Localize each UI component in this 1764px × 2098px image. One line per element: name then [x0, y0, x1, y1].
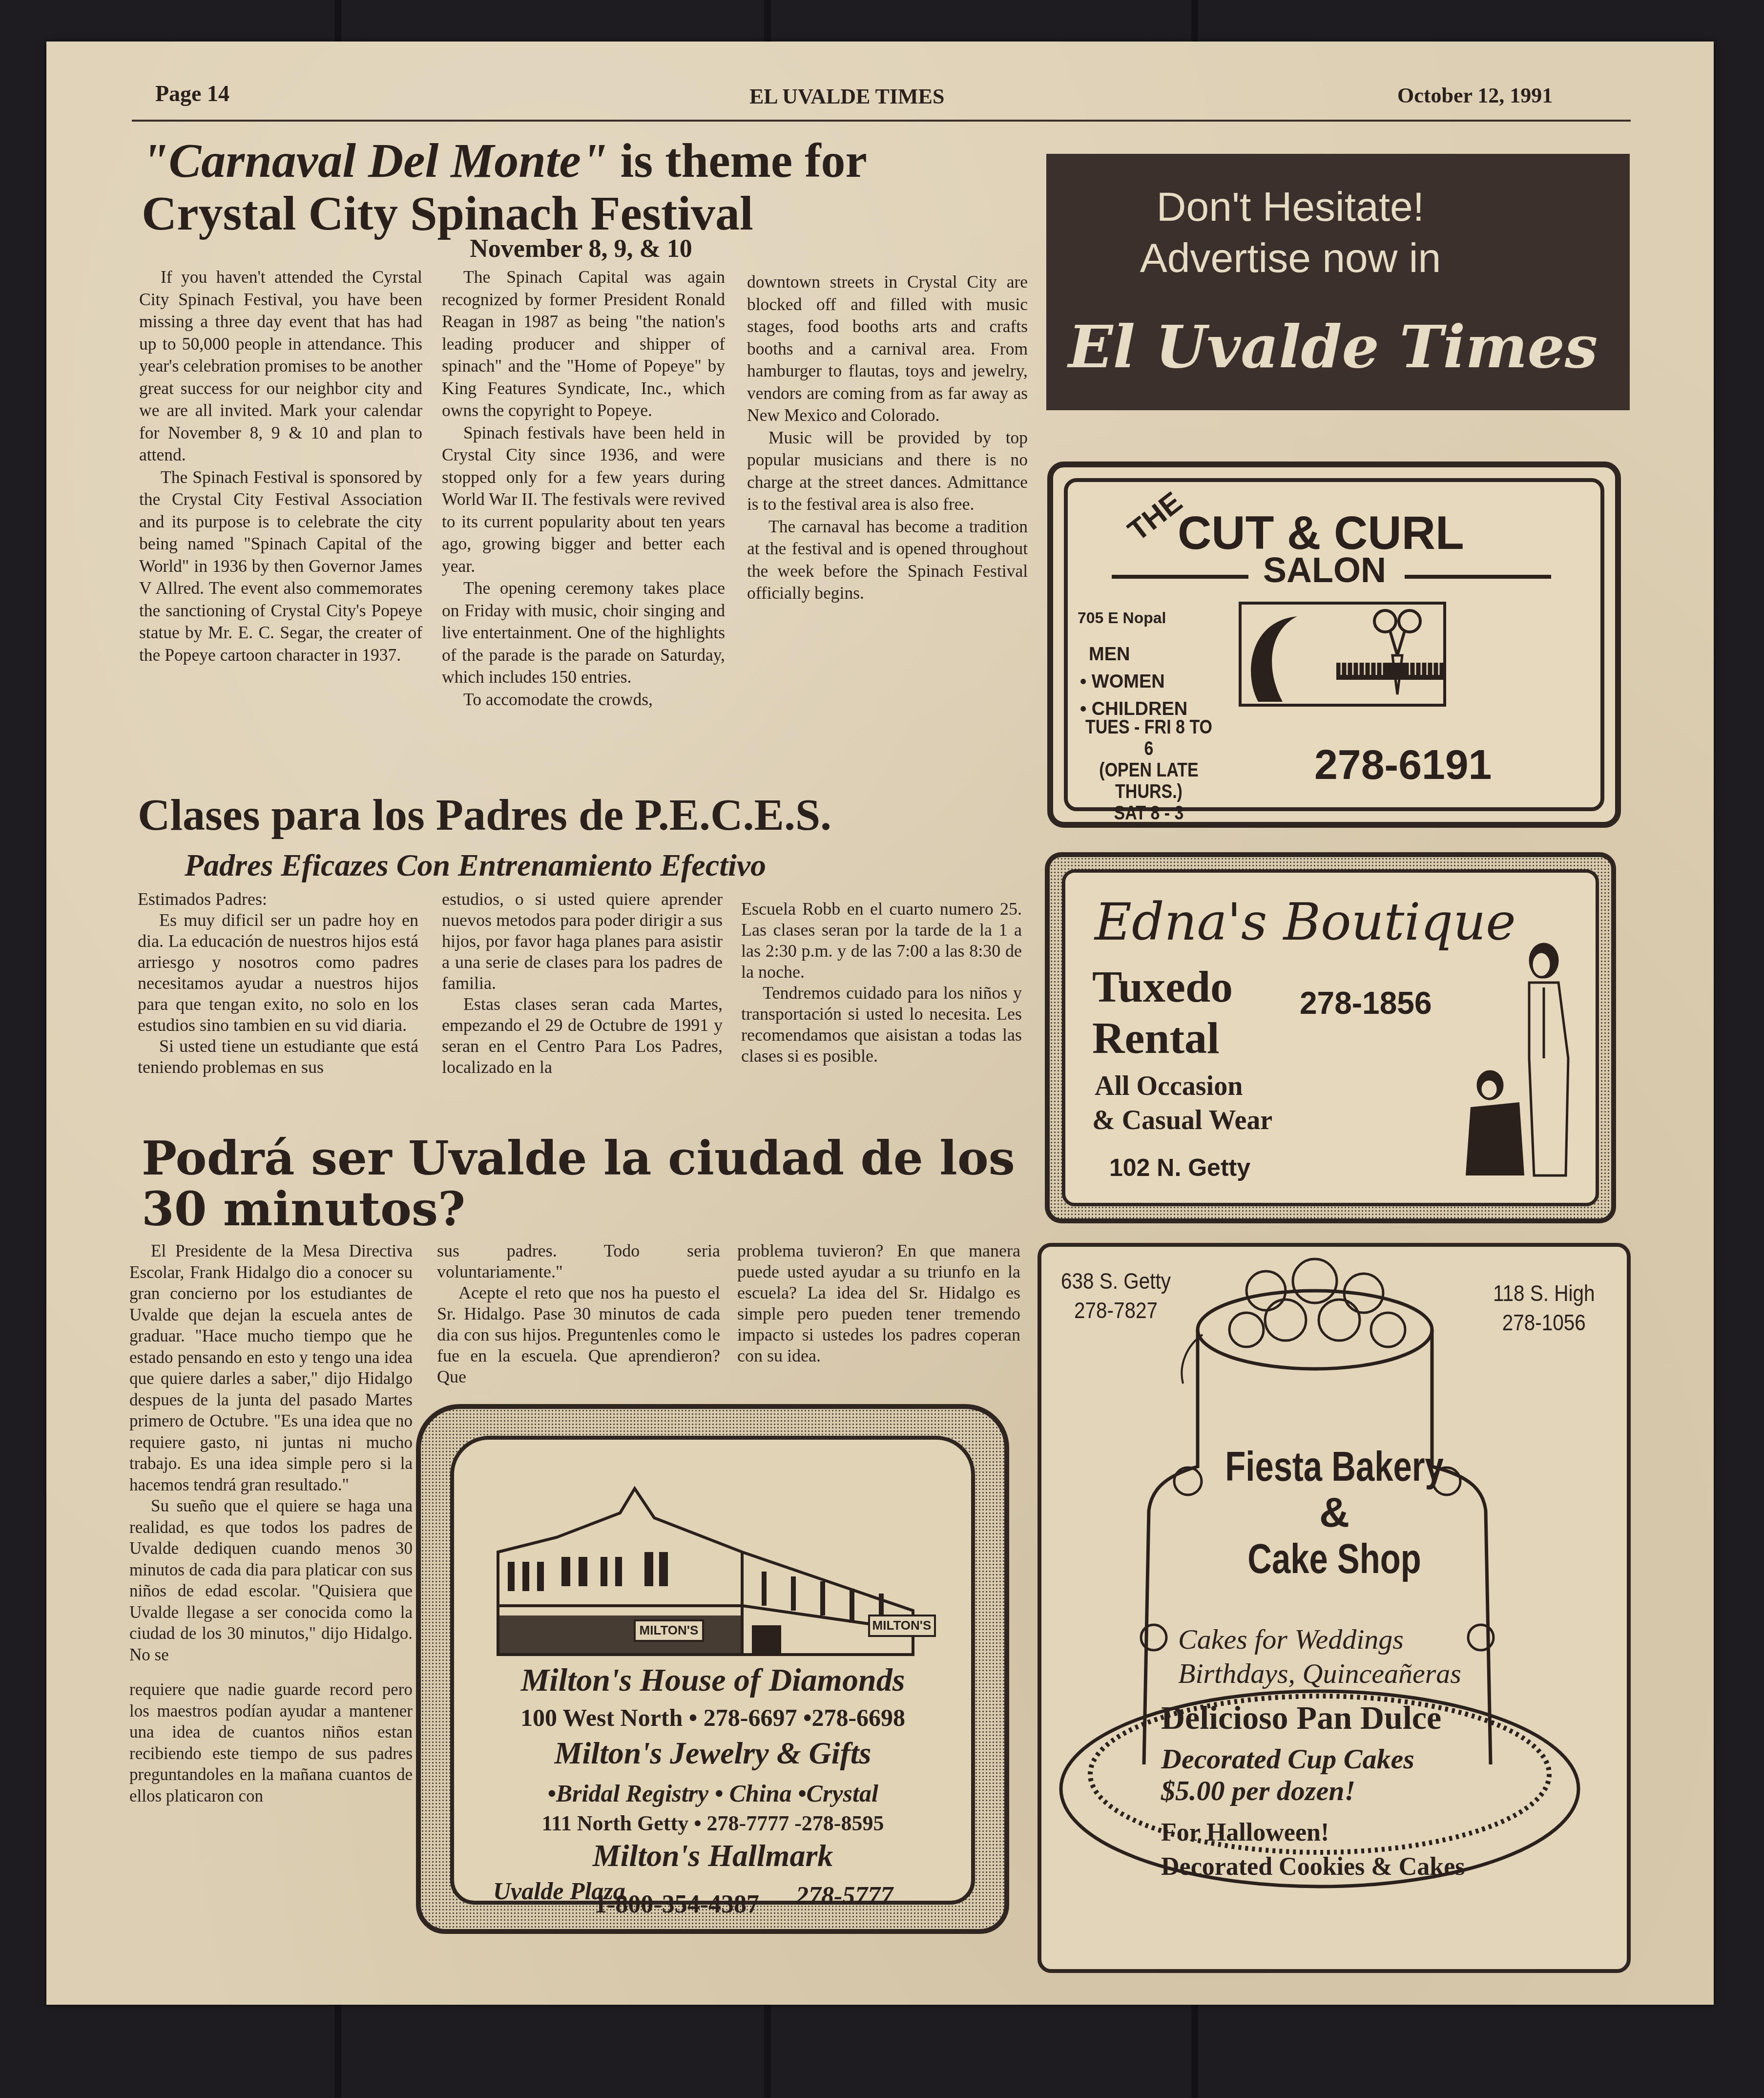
ad-fiesta-script-2: Birthdays, Quinceañeras	[1178, 1657, 1461, 1690]
paragraph: Escuela Robb en el cuarto numero 25. Las…	[741, 899, 1022, 983]
ad-ednas-inner: Edna's Boutique Tuxedo Rental 278-1856 A…	[1062, 869, 1599, 1206]
ad-fiesta-halloween: For Halloween!	[1161, 1818, 1329, 1847]
ad-fiesta-script-1: Cakes for Weddings	[1178, 1623, 1404, 1656]
ad-miltons-jewelry: Milton's Jewelry & Gifts	[454, 1735, 972, 1771]
paragraph: sus padres. Todo seria voluntariamente."	[437, 1240, 720, 1282]
ad-miltons-phone-hallmark: 278-5777	[796, 1882, 893, 1910]
article-spinach-headline: "Carnaval Del Monte" is theme for Crysta…	[142, 134, 1030, 240]
ad-miltons-hallmark: Milton's Hallmark	[454, 1838, 972, 1874]
ad-fiesta-name-line1: Fiesta Bakery	[1100, 1445, 1569, 1489]
ad-ednas-phone: 278-1856	[1300, 985, 1432, 1021]
paragraph: Spinach festivals have been held in Crys…	[442, 422, 725, 578]
paragraph: The Spinach Festival is sponsored by the…	[139, 466, 422, 667]
paragraph: Tendremos cuidado para los niños y trans…	[741, 983, 1022, 1067]
ad-fiesta-cupcakes: Decorated Cup Cakes	[1161, 1742, 1414, 1775]
ad-miltons-inner: MILTON'S MILTON'S Milton's House of Diam…	[450, 1436, 975, 1905]
paragraph: The Spinach Capital was again recognized…	[442, 266, 725, 422]
paragraph: El Presidente de la Mesa Directiva Escol…	[129, 1240, 413, 1495]
article-spinach-column-3: downtown streets in Crystal City are blo…	[747, 271, 1028, 605]
header-rule	[132, 120, 1631, 122]
ad-advertise-now: Don't Hesitate! Advertise now in El Uval…	[1046, 154, 1630, 410]
paragraph: If you haven't attended the Cyrstal City…	[139, 266, 422, 466]
ad-cutcurl-rule-right	[1405, 575, 1551, 579]
ad-fiesta-ampersand: &	[1041, 1489, 1627, 1537]
scissors-comb-hair-icon	[1239, 602, 1446, 707]
ad-miltons: MILTON'S MILTON'S Milton's House of Diam…	[416, 1404, 1009, 1934]
paragraph: Music will be provided by top popular mu…	[747, 427, 1028, 516]
tuxedo-men-illustration-icon	[1461, 941, 1583, 1185]
building-illustration-icon: MILTON'S MILTON'S	[488, 1484, 957, 1669]
ad-cutcurl-rule-left	[1112, 575, 1248, 579]
article-30min-headline: Podrá ser Uvalde la ciudad de los 30 min…	[142, 1133, 1030, 1235]
ad-fiesta-cookies: Decorated Cookies & Cakes	[1161, 1852, 1465, 1881]
ad-ednas-boutique: Edna's Boutique Tuxedo Rental 278-1856 A…	[1045, 852, 1616, 1223]
svg-text:MILTON'S: MILTON'S	[872, 1618, 932, 1633]
headline-line2: Crystal City Spinach Festival	[142, 186, 753, 240]
paragraph: Si usted tiene un estudiante que está te…	[138, 1036, 418, 1078]
ad-cutcurl-salon: SALON	[1263, 550, 1386, 590]
paragraph: estudios, o si usted quiere aprender nue…	[442, 889, 723, 994]
ad-cutcurl-address: 705 E Nopal	[1078, 609, 1166, 627]
ad-advertise-paper-name: El Uvalde Times	[1068, 313, 1598, 381]
article-peces-column-1: Estimados Padres: Es muy dificil ser un …	[138, 889, 418, 1078]
ad-miltons-address-1: 100 West North • 278-6697 •278-6698	[454, 1703, 972, 1732]
ad-ednas-occasion: All Occasion	[1095, 1070, 1243, 1102]
paragraph: The opening ceremony takes place on Frid…	[442, 577, 725, 689]
paragraph: Estas clases seran cada Martes, empezand…	[442, 994, 723, 1078]
paragraph: To accomodate the crowds,	[442, 689, 725, 711]
article-spinach-column-1: If you haven't attended the Cyrstal City…	[139, 266, 422, 666]
ad-advertise-line1: Don't Hesitate!	[1046, 183, 1535, 231]
page-number: Page 14	[155, 81, 229, 106]
article-spinach-column-2: The Spinach Capital was again recognized…	[442, 266, 725, 711]
ad-fiesta-name-line2: Cake Shop	[1100, 1535, 1569, 1583]
ad-cutcurl-services: MEN • WOMEN • CHILDREN	[1080, 641, 1187, 723]
ad-miltons-tollfree: 1-800-354-4387	[594, 1890, 759, 1919]
paragraph: problema tuvieron? En que manera puede u…	[737, 1240, 1020, 1366]
paragraph: The carnaval has become a tradition at t…	[747, 516, 1028, 605]
ad-miltons-address-2: 111 North Getty • 278-7777 -278-8595	[454, 1811, 972, 1836]
article-peces-headline: Clases para los Padres de P.E.C.E.S.	[138, 789, 831, 840]
paragraph: Es muy dificil ser un padre hoy en dia. …	[138, 910, 418, 1036]
masthead: EL UVALDE TIMES	[749, 84, 944, 109]
ad-ednas-casual: & Casual Wear	[1092, 1105, 1272, 1136]
ad-fiesta-price: $5.00 per dozen!	[1161, 1774, 1355, 1807]
ad-cutcurl-phone: 278-6191	[1314, 741, 1492, 789]
ad-miltons-services: •Bridal Registry • China •Crystal	[454, 1779, 972, 1807]
headline-line2: 30 minutos?	[142, 1181, 465, 1237]
issue-date: October 12, 1991	[1397, 83, 1553, 108]
ad-ednas-address: 102 N. Getty	[1109, 1154, 1250, 1182]
salutation: Estimados Padres:	[138, 889, 418, 910]
paragraph: Acepte el reto que nos ha puesto el Sr. …	[437, 1282, 720, 1387]
ad-fiesta-bakery: 638 S. Getty 278-7827 118 S. High 278-10…	[1038, 1243, 1631, 1973]
paragraph: Su sueño que el quiere se haga una reali…	[129, 1495, 413, 1665]
ad-ednas-tuxedo: Tuxedo	[1092, 961, 1233, 1012]
ad-cut-and-curl-inner: THE CUT & CURL SALON 705 E Nopal MEN • W…	[1064, 478, 1604, 811]
article-peces-column-3: Escuela Robb en el cuarto numero 25. Las…	[741, 899, 1022, 1067]
ad-advertise-line2: Advertise now in	[1046, 234, 1535, 282]
ad-fiesta-pan-dulce: Delicioso Pan Dulce	[1161, 1699, 1441, 1737]
paragraph: downtown streets in Crystal City are blo…	[747, 271, 1028, 427]
headline-part: is theme for	[608, 133, 867, 188]
paragraph: requiere que nadie guarde record pero lo…	[129, 1679, 413, 1806]
article-spinach-subhead: November 8, 9, & 10	[132, 234, 1030, 263]
headline-line1: Podrá ser Uvalde la ciudad de los	[142, 1131, 1015, 1186]
ad-miltons-diamonds: Milton's House of Diamonds	[454, 1662, 972, 1699]
article-peces-column-2: estudios, o si usted quiere aprender nue…	[442, 889, 723, 1078]
ad-cutcurl-hours: TUES - FRI 8 TO 6 (OPEN LATE THURS.) SAT…	[1082, 716, 1215, 824]
headline-italic-part: "Carnaval Del Monte"	[142, 133, 608, 188]
ad-ednas-rental: Rental	[1092, 1012, 1220, 1064]
article-30min-column-1: El Presidente de la Mesa Directiva Escol…	[129, 1240, 413, 1806]
article-30min-column-3: problema tuvieron? En que manera puede u…	[737, 1240, 1020, 1366]
article-peces-subhead: Padres Eficazes Con Entrenamiento Efecti…	[185, 847, 766, 883]
ad-cut-and-curl: THE CUT & CURL SALON 705 E Nopal MEN • W…	[1047, 462, 1621, 828]
svg-text:MILTON'S: MILTON'S	[640, 1623, 699, 1637]
article-30min-column-2: sus padres. Todo seria voluntariamente."…	[437, 1240, 720, 1387]
ad-ednas-name: Edna's Boutique	[1095, 892, 1516, 952]
